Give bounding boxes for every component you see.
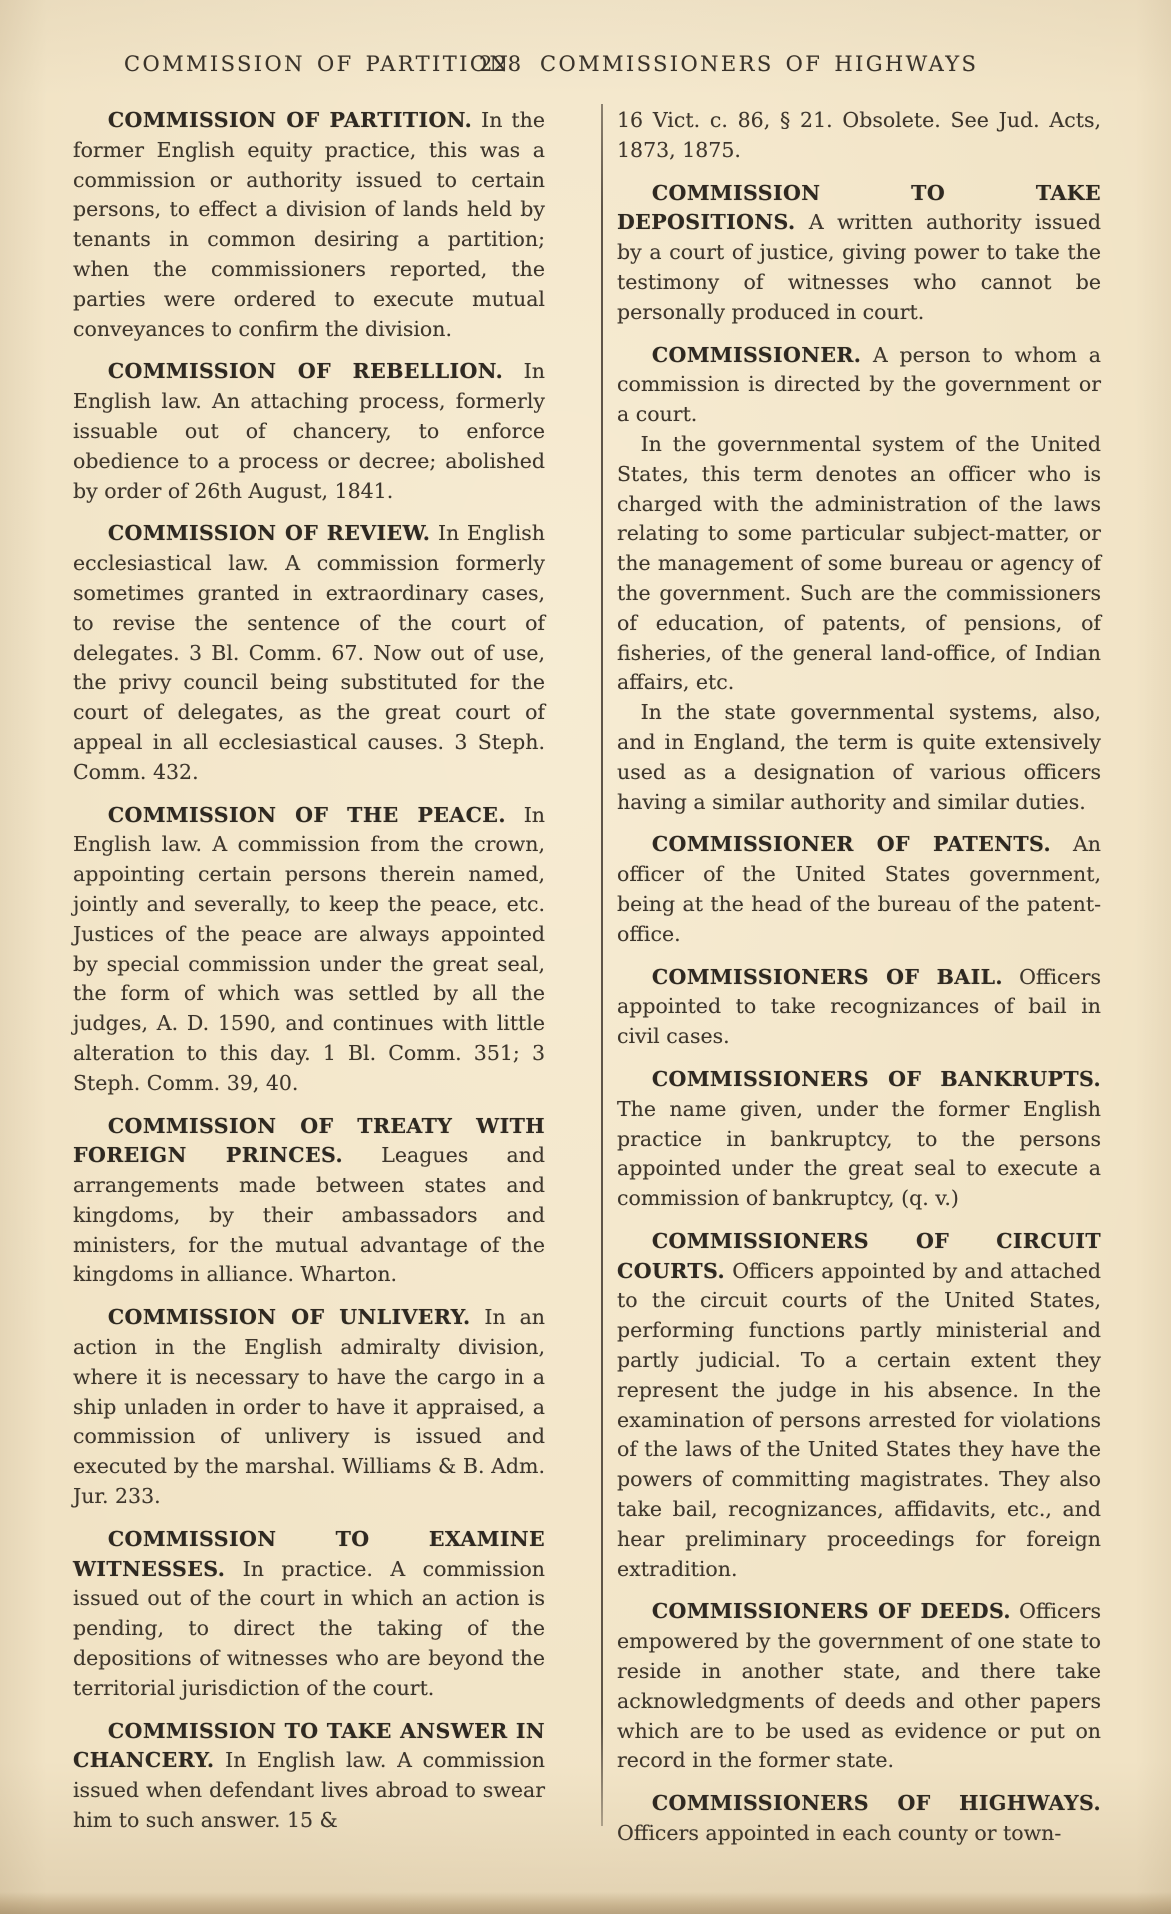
entry-term: COMMISSION OF THE PEACE.: [108, 803, 506, 827]
dictionary-entry: COMMISSION TO TAKE ANSWER IN CHANCERY. I…: [73, 1717, 545, 1836]
dictionary-entry: COMMISSION OF UNLIVERY. In an action in …: [73, 1303, 545, 1512]
scan-bottom-shadow: [0, 1892, 1171, 1914]
entry-term: COMMISSION OF REVIEW.: [108, 521, 431, 545]
entry-body: Officers appointed in each county or tow…: [617, 1821, 1061, 1845]
entry-body: The name given, under the former English…: [617, 1097, 1101, 1210]
dictionary-entry: COMMISSION OF THE PEACE. In English law.…: [73, 801, 545, 1099]
left-column: COMMISSION OF PARTITION. In the former E…: [73, 106, 545, 1849]
column-divider-rule: [601, 104, 603, 1826]
entry-term: COMMISSION OF PARTITION.: [108, 108, 472, 132]
entry-body: In English ecclesiastical law. A commiss…: [73, 521, 545, 783]
dictionary-entry: COMMISSIONER. A person to whom a commiss…: [617, 341, 1101, 818]
entry-term: COMMISSIONERS OF DEEDS.: [652, 1599, 1011, 1623]
dictionary-entry: COMMISSIONERS OF BANKRUPTS. The name giv…: [617, 1065, 1101, 1214]
entry-paragraph: In the state governmental systems, also,…: [617, 698, 1101, 817]
running-head: COMMISSION OF PARTITION 228 COMMISSIONER…: [0, 52, 1171, 82]
entry-term: COMMISSIONERS OF BAIL.: [652, 965, 1003, 989]
entry-body: In the former English equity practice, t…: [73, 108, 545, 341]
dictionary-entry: COMMISSIONER OF PATENTS. An officer of t…: [617, 830, 1101, 949]
entry-term: COMMISSIONER OF PATENTS.: [652, 832, 1051, 856]
running-head-right: COMMISSIONERS OF HIGHWAYS: [540, 52, 978, 76]
dictionary-entry: COMMISSION OF PARTITION. In the former E…: [73, 106, 545, 344]
dictionary-entry: COMMISSION OF REBELLION. In English law.…: [73, 357, 545, 506]
dictionary-entry: COMMISSIONERS OF BAIL. Officers appointe…: [617, 963, 1101, 1052]
right-column: 16 Vict. c. 86, § 21. Obsolete. See Jud.…: [617, 106, 1101, 1862]
entry-term: COMMISSION OF REBELLION.: [108, 359, 503, 383]
scanned-dictionary-page: COMMISSION OF PARTITION 228 COMMISSIONER…: [0, 0, 1171, 1914]
entry-body: Officers empowered by the government of …: [617, 1599, 1101, 1772]
dictionary-entry: COMMISSIONERS OF DEEDS. Officers empower…: [617, 1597, 1101, 1776]
entry-term: COMMISSIONER.: [652, 343, 862, 367]
entry-paragraph: In the governmental system of the United…: [617, 430, 1101, 698]
dictionary-entry: COMMISSION OF REVIEW. In English ecclesi…: [73, 519, 545, 787]
running-head-left: COMMISSION OF PARTITION: [124, 52, 510, 76]
dictionary-entry: COMMISSION TO TAKE DEPOSITIONS. A writte…: [617, 179, 1101, 328]
dictionary-entry: COMMISSIONERS OF CIRCUIT COURTS. Officer…: [617, 1227, 1101, 1585]
dictionary-entry: COMMISSION OF TREATY WITH FOREIGN PRINCE…: [73, 1112, 545, 1291]
entry-body: Officers appointed by and attached to th…: [617, 1259, 1101, 1581]
entry-body: In English law. A commission from the cr…: [73, 803, 545, 1095]
continued-entry: 16 Vict. c. 86, § 21. Obsolete. See Jud.…: [617, 106, 1101, 166]
page-number: 228: [479, 52, 522, 76]
entry-body: In an action in the English admiralty di…: [73, 1305, 545, 1508]
entry-term: COMMISSION OF UNLIVERY.: [108, 1305, 471, 1329]
entry-term: COMMISSIONERS OF BANKRUPTS.: [652, 1067, 1101, 1091]
dictionary-entry: COMMISSION TO EXAMINE WITNESSES. In prac…: [73, 1525, 545, 1704]
entry-term: COMMISSIONERS OF HIGHWAYS.: [652, 1791, 1101, 1815]
entry-continuation: 16 Vict. c. 86, § 21. Obsolete. See Jud.…: [617, 106, 1101, 166]
dictionary-entry: COMMISSIONERS OF HIGHWAYS. Officers appo…: [617, 1789, 1101, 1849]
